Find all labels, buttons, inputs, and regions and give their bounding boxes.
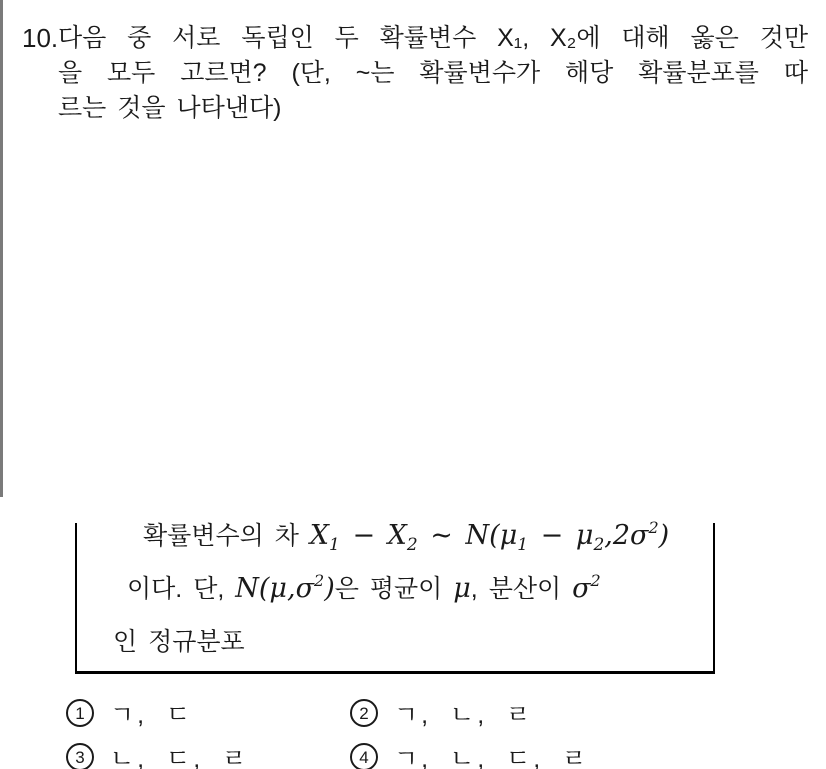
answer-option-4: 4 ㄱ, ㄴ, ㄷ, ㄹ [350, 739, 589, 769]
text-segment: , [287, 573, 296, 604]
text-segment: 1 [517, 535, 528, 555]
question-line-2: 을 모두 고르면? (단, ~는 확률변수가 해당 확률분포를 따 [58, 56, 808, 91]
option-3-circled-number: 3 [66, 743, 94, 769]
text-segment: X [310, 520, 329, 551]
text-segment: − [528, 520, 576, 551]
text-segment: ,2 [604, 520, 630, 551]
text-segment: , 분산이 [471, 575, 572, 603]
condition-line-3: 인 정규분포 [113, 622, 245, 658]
text-segment: 인 정규분포 [113, 628, 245, 656]
text-segment: 2 [591, 571, 601, 590]
text-segment: 2 [648, 518, 658, 537]
text-segment: 2 [314, 571, 324, 590]
option-4-circled-number: 4 [350, 743, 378, 769]
question-number: 10. [22, 21, 58, 56]
option-2-label: ㄱ, ㄴ, ㄹ [394, 695, 533, 731]
text-segment: ) [659, 520, 670, 551]
option-4-label: ㄱ, ㄴ, ㄷ, ㄹ [394, 739, 589, 769]
text-segment: 은 평균이 [335, 575, 454, 603]
option-1-circled-number: 1 [66, 699, 94, 727]
left-margin-rule [0, 0, 3, 497]
exam-page: 10. 다음 중 서로 독립인 두 확률변수 X₁, X₂에 대해 옳은 것만 … [0, 0, 826, 769]
text-segment: σ [572, 573, 590, 604]
text-segment: μ [500, 520, 518, 551]
text-segment: 확률변수의 차 [143, 522, 310, 550]
text-segment: N( [235, 573, 269, 604]
text-segment: σ [296, 573, 314, 604]
text-segment: − [340, 520, 388, 551]
text-segment: 2 [593, 535, 604, 555]
answer-option-3: 3 ㄴ, ㄷ, ㄹ [66, 739, 249, 769]
condition-line-1: 확률변수의 차 X1 − X2 ~ N(μ1 − μ2,2σ2) [143, 516, 669, 555]
text-segment: μ [453, 573, 471, 604]
answer-option-2: 2 ㄱ, ㄴ, ㄹ [350, 695, 533, 731]
text-segment: 2 [407, 535, 418, 555]
option-2-circled-number: 2 [350, 699, 378, 727]
option-3-label: ㄴ, ㄷ, ㄹ [110, 739, 249, 769]
text-segment: 이다. 단, [127, 575, 235, 603]
option-1-label: ㄱ, ㄷ [110, 695, 193, 731]
question-line-1: 다음 중 서로 독립인 두 확률변수 X₁, X₂에 대해 옳은 것만 [58, 21, 808, 56]
text-segment: N( [466, 520, 500, 551]
answer-option-1: 1 ㄱ, ㄷ [66, 695, 193, 731]
text-segment: μ [576, 520, 594, 551]
text-segment: X [388, 520, 407, 551]
text-segment: μ [269, 573, 287, 604]
question-text: 다음 중 서로 독립인 두 확률변수 X₁, X₂에 대해 옳은 것만 을 모두… [58, 21, 808, 126]
text-segment: σ [630, 520, 648, 551]
condition-line-2: 이다. 단, N(μ,σ2)은 평균이 μ, 분산이 σ2 [127, 569, 601, 605]
text-segment: ) [324, 573, 335, 604]
text-segment: 1 [329, 535, 340, 555]
condition-box: 확률변수의 차 X1 − X2 ~ N(μ1 − μ2,2σ2) 이다. 단, … [75, 523, 715, 674]
text-segment: ~ [418, 520, 466, 551]
question-line-3: 르는 것을 나타낸다) [58, 91, 808, 126]
